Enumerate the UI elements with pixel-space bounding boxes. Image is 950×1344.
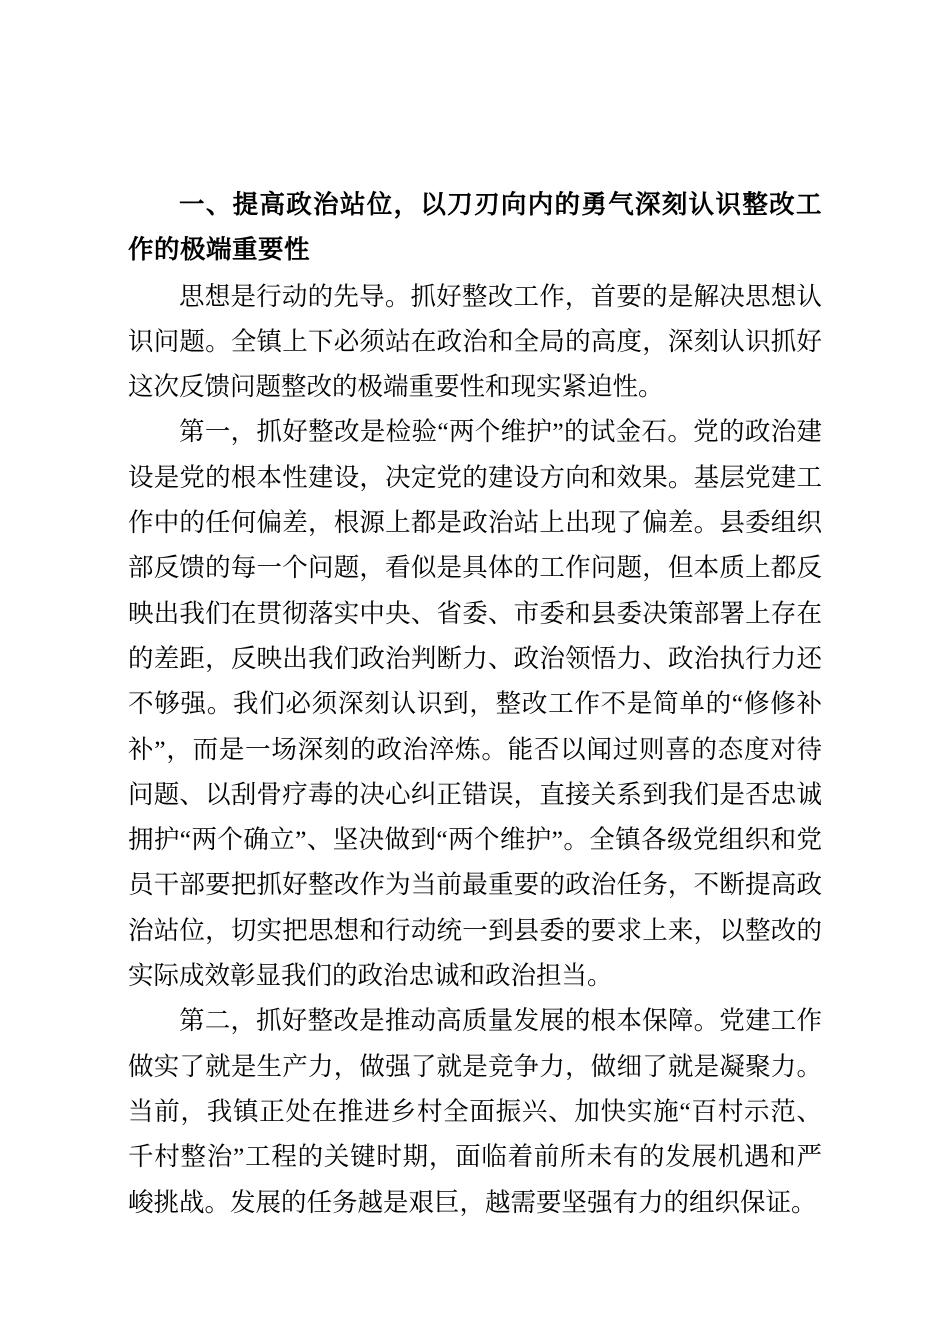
paragraph-intro: 思想是行动的先导。抓好整改工作，首要的是解决思想认识问题。全镇上下必须站在政治和… (128, 274, 822, 410)
paragraph-point-one: 第一，抓好整改是检验“两个维护”的试金石。党的政治建设是党的根本性建设，决定党的… (128, 409, 822, 998)
section-heading: 一、提高政治站位，以刀刃向内的勇气深刻认识整改工作的极端重要性 (128, 183, 822, 274)
document-page: 一、提高政治站位，以刀刃向内的勇气深刻认识整改工作的极端重要性 思想是行动的先导… (0, 0, 950, 1344)
document-page-background: { "page": { "background_color": "#ffffff… (0, 0, 950, 1344)
paragraph-point-two: 第二，抓好整改是推动高质量发展的根本保障。党建工作做实了就是生产力，做强了就是竞… (128, 998, 822, 1224)
